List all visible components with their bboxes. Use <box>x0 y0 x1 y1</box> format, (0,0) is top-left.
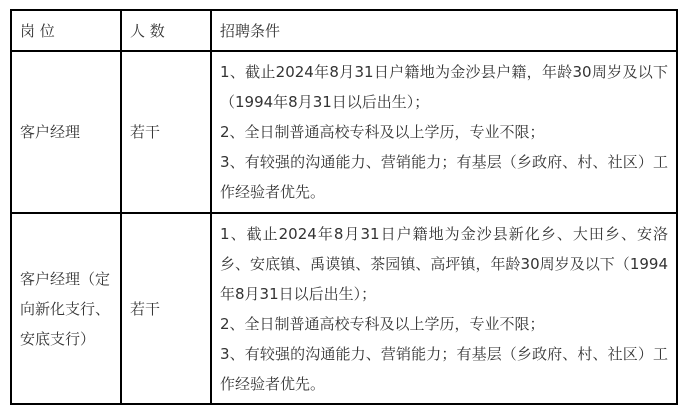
table-row-customer-manager: 客户经理 若干 1、截止2024年8月31日户籍地为金沙县户籍，年龄30周岁及以… <box>11 51 677 213</box>
header-count: 人 数 <box>121 10 211 51</box>
conditions-cell: 1、截止2024年8月31日户籍地为金沙县新化乡、大田乡、安洛乡、安底镇、禹谟镇… <box>211 213 677 404</box>
recruitment-table: 岗 位 人 数 招聘条件 客户经理 若干 1、截止2024年8月31日户籍地为金… <box>10 9 678 405</box>
condition-item: 1、截止2024年8月31日户籍地为金沙县户籍，年龄30周岁及以下（1994年8… <box>220 57 668 117</box>
table-row-customer-manager-targeted: 客户经理（定向新化支行、安底支行） 若干 1、截止2024年8月31日户籍地为金… <box>11 213 677 404</box>
conditions-cell: 1、截止2024年8月31日户籍地为金沙县户籍，年龄30周岁及以下（1994年8… <box>211 51 677 213</box>
table-header-row: 岗 位 人 数 招聘条件 <box>11 10 677 51</box>
header-position: 岗 位 <box>11 10 121 51</box>
count-cell: 若干 <box>121 51 211 213</box>
count-cell: 若干 <box>121 213 211 404</box>
recruitment-notice-page: 岗 位 人 数 招聘条件 客户经理 若干 1、截止2024年8月31日户籍地为金… <box>0 0 687 410</box>
condition-item: 1、截止2024年8月31日户籍地为金沙县新化乡、大田乡、安洛乡、安底镇、禹谟镇… <box>220 219 668 309</box>
condition-item: 3、有较强的沟通能力、营销能力；有基层（乡政府、村、社区）工作经验者优先。 <box>220 339 668 399</box>
condition-item: 2、全日制普通高校专科及以上学历，专业不限； <box>220 117 668 147</box>
header-conditions: 招聘条件 <box>211 10 677 51</box>
condition-item: 2、全日制普通高校专科及以上学历，专业不限； <box>220 309 668 339</box>
position-cell: 客户经理 <box>11 51 121 213</box>
condition-item: 3、有较强的沟通能力、营销能力；有基层（乡政府、村、社区）工作经验者优先。 <box>220 147 668 207</box>
position-cell: 客户经理（定向新化支行、安底支行） <box>11 213 121 404</box>
